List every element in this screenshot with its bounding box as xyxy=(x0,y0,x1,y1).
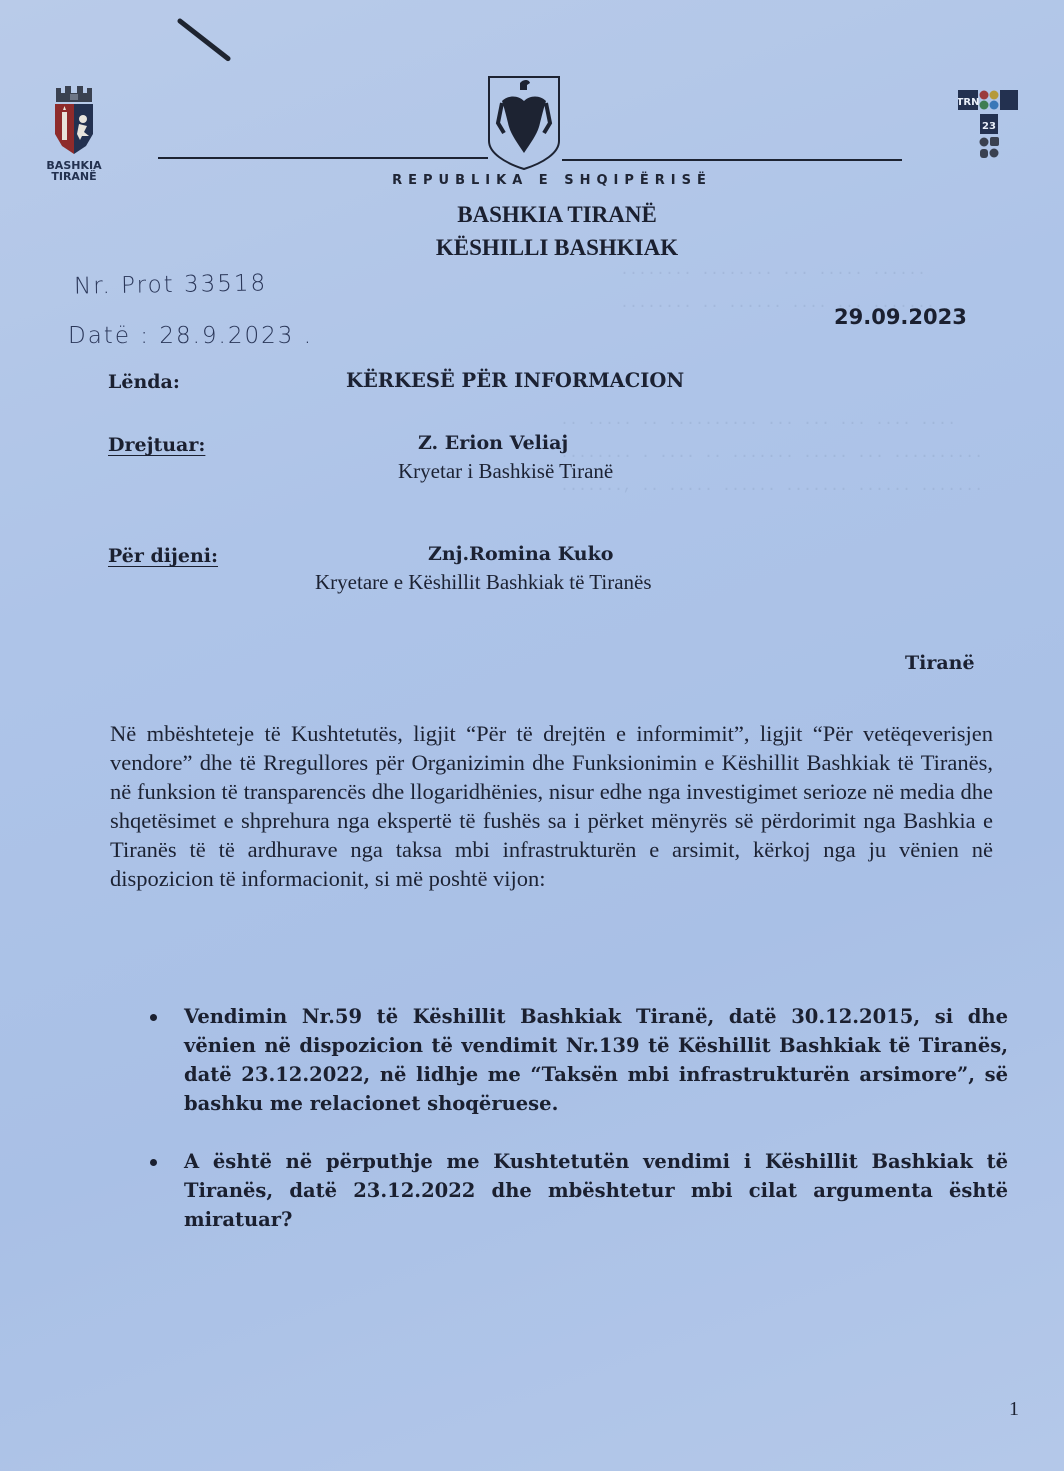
trn-2023-logo: TRN 23 xyxy=(958,90,1018,174)
subject-label: Lënda: xyxy=(108,371,180,393)
header-rule-right xyxy=(562,159,902,161)
show-through-text: .. ..... .. .......... ... ... ... .... … xyxy=(560,412,956,429)
subject-value: KËRKESË PËR INFORMACION xyxy=(346,369,684,392)
pen-mark xyxy=(176,18,231,63)
letter-date: 29.09.2023 xyxy=(834,305,967,329)
header-rule-left xyxy=(158,157,488,159)
place-name: Tiranë xyxy=(905,652,975,674)
show-through-text: ......., .. ..... ...... ....... ...... … xyxy=(560,478,983,495)
request-item: Vendimin Nr.59 të Këshillit Bashkiak Tir… xyxy=(148,1002,1008,1118)
city-crest-icon xyxy=(52,84,96,158)
european-youth-capital-logo-icon: TRN 23 xyxy=(958,90,1018,170)
request-item: A është në përputhje me Kushtetutën vend… xyxy=(148,1147,1008,1234)
council-heading: KËSHILLI BASHKIAK xyxy=(0,235,1064,261)
bullet-icon xyxy=(150,1014,157,1021)
request-list: Vendimin Nr.59 të Këshillit Bashkiak Tir… xyxy=(148,1002,1008,1263)
page-number: 1 xyxy=(1009,1398,1019,1421)
handwritten-protocol-number: Nr. Prot 33518 xyxy=(74,270,268,299)
addressee-label: Drejtuar: xyxy=(108,434,205,456)
handwritten-registry-date: Datë : 28.9.2023 . xyxy=(68,323,313,349)
cc-role: Kryetare e Këshillit Bashkiak të Tiranës xyxy=(315,570,652,595)
cc-name: Znj.Romina Kuko xyxy=(428,543,613,565)
organization-heading: BASHKIA TIRANË xyxy=(0,202,1064,228)
svg-text:23: 23 xyxy=(982,121,996,132)
bullet-icon xyxy=(150,1159,157,1166)
albanian-eagle-emblem-icon xyxy=(486,75,562,171)
svg-text:TRN: TRN xyxy=(958,97,979,108)
country-heading: REPUBLIKA E SHQIPËRISË xyxy=(0,173,1064,188)
body-paragraph: Në mbështeteje të Kushtetutës, ligjit “P… xyxy=(110,719,993,893)
cc-label: Për dijeni: xyxy=(108,545,218,567)
addressee-name: Z. Erion Veliaj xyxy=(418,432,568,454)
show-through-text: ........ . .... .. ....... ..... ... ...… xyxy=(560,445,983,462)
show-through-text: ........ ........ ... ..... ...... xyxy=(620,262,926,279)
bashkia-tirane-logo: BASHKIA TIRANË xyxy=(44,84,104,182)
addressee-role: Kryetar i Bashkisë Tiranë xyxy=(398,459,613,484)
